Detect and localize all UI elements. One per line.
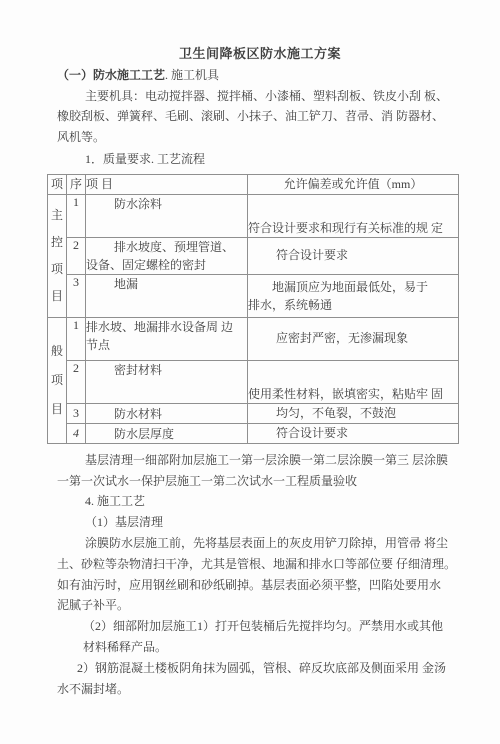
value-cell: 符合设计要求 bbox=[248, 237, 459, 274]
table-row: 2 密封材料 使用柔性材料，嵌填密实，粘贴牢 固 bbox=[48, 360, 459, 403]
section-heading-rest: . 施工机具 bbox=[165, 68, 219, 82]
value-cell: 应密封严密，无渗漏现象 bbox=[248, 317, 459, 360]
step1-heading: （1）基层清理 bbox=[57, 512, 463, 533]
quality-requirements-table: 项 序 项 目 允许偏差或允许值（mm） 主控项目 1 防水涂料 符合设计要求和… bbox=[47, 174, 459, 444]
table-row: 4 防水层厚度 符合设计要求 bbox=[48, 423, 459, 443]
item-cell: 排水坡度、预埋管道、 设备、固定螺栓的密封 bbox=[86, 237, 248, 274]
table-row: 3 地漏 地漏顶应为地面最低处，易于 排水，系统畅通 bbox=[48, 274, 459, 317]
process-flow-paragraph: 基层清理一细部附加层施工一第一层涂膜一第二层涂膜一第三 层涂膜 一第一次试水一保… bbox=[57, 450, 463, 492]
step2-body: （2）细部附加层施工1）打开包装桶后先搅拌均匀。严禁用水或其他 材料稀释产品。 bbox=[83, 616, 463, 658]
tools-paragraph: 主要机具：电动搅拌器、搅拌桶、小漆桶、塑料刮板、铁皮小刮 板、 橡胶刮板、弹簧秤… bbox=[57, 86, 463, 148]
document-title: 卫生间降板区防水施工方案 bbox=[57, 44, 463, 65]
value-cell: 符合设计要求和现行有关标准的规 定 bbox=[248, 194, 459, 237]
seq-cell: 3 bbox=[67, 274, 86, 317]
seq-cell: 4 bbox=[67, 423, 86, 443]
document-page: 卫生间降板区防水施工方案 （一）防水施工工艺. 施工机具 主要机具：电动搅拌器、… bbox=[57, 44, 463, 699]
item-cell: 排水坡、地漏排水设备周 边 节点 bbox=[86, 317, 248, 360]
col-header-seq: 序 bbox=[67, 174, 86, 194]
item-cell: 地漏 bbox=[86, 274, 248, 317]
group-label-main-control: 主控项目 bbox=[48, 194, 67, 317]
value-cell: 使用柔性材料，嵌填密实，粘贴牢 固 bbox=[248, 360, 459, 403]
step2-item2: 2）钢筋混凝土楼板阴角抹为圆弧，管根、碎反坎底部及侧面采用 金汤 水不漏封堵。 bbox=[57, 658, 463, 700]
section-heading: （一）防水施工工艺. 施工机具 bbox=[57, 65, 463, 86]
section-heading-bold: （一）防水施工工艺 bbox=[57, 68, 165, 82]
seq-cell: 1 bbox=[67, 317, 86, 360]
seq-cell: 1 bbox=[67, 194, 86, 237]
table-header-row: 项 序 项 目 允许偏差或允许值（mm） bbox=[48, 174, 459, 194]
seq-cell: 3 bbox=[67, 403, 86, 423]
seq-cell: 2 bbox=[67, 237, 86, 274]
table-row: 2 排水坡度、预埋管道、 设备、固定螺栓的密封 符合设计要求 bbox=[48, 237, 459, 274]
group-label-general: 般项目 bbox=[48, 317, 67, 443]
seq-cell: 2 bbox=[67, 360, 86, 403]
value-cell: 均匀，不龟裂，不鼓泡 bbox=[248, 403, 459, 423]
item-cell: 防水层厚度 bbox=[86, 423, 248, 443]
item-cell: 防水涂料 bbox=[86, 194, 248, 237]
value-cell: 地漏顶应为地面最低处，易于 排水，系统畅通 bbox=[248, 274, 459, 317]
item-cell: 密封材料 bbox=[86, 360, 248, 403]
col-header-category: 项 bbox=[48, 174, 67, 194]
table-row: 般项目 1 排水坡、地漏排水设备周 边 节点 应密封严密，无渗漏现象 bbox=[48, 317, 459, 360]
col-header-tolerance: 允许偏差或允许值（mm） bbox=[248, 174, 459, 194]
construction-heading: 4. 施工工艺 bbox=[57, 491, 463, 512]
value-cell: 符合设计要求 bbox=[248, 423, 459, 443]
table-row: 主控项目 1 防水涂料 符合设计要求和现行有关标准的规 定 bbox=[48, 194, 459, 237]
col-header-item: 项 目 bbox=[86, 174, 248, 194]
quality-heading: 1．质量要求. 工艺流程 bbox=[57, 149, 463, 170]
table-row: 3 防水材料 均匀，不龟裂，不鼓泡 bbox=[48, 403, 459, 423]
step1-body: 涂膜防水层施工前，先将基层表面上的灰皮用铲刀除掉，用管帚 将尘 土、砂粒等杂物清… bbox=[57, 533, 463, 616]
item-cell: 防水材料 bbox=[86, 403, 248, 423]
